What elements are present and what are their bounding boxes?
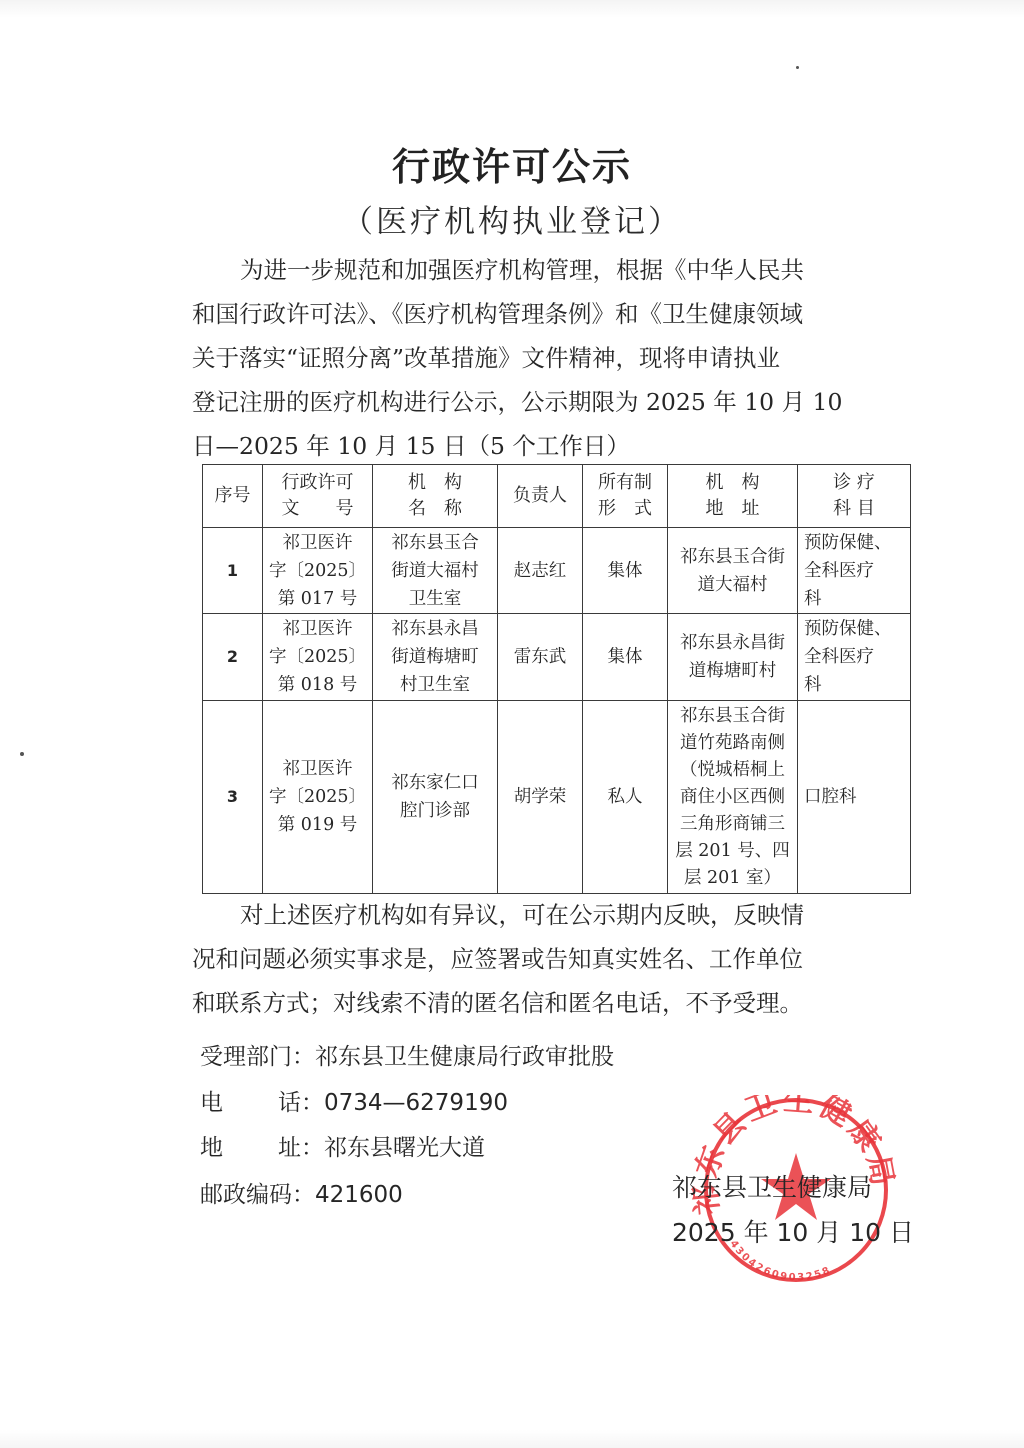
intro-line: 日—2025 年 10 月 15 日（5 个工作日）	[192, 424, 914, 468]
cell-name: 祁东县玉合街道大福村卫生室	[373, 528, 498, 614]
cell-permit-no: 祁卫医许字〔2025〕第 019 号	[263, 701, 373, 894]
cell-address: 祁东县玉合街道大福村	[668, 528, 798, 614]
objection-line: 况和问题必须实事求是，应签署或告知真实姓名、工作单位	[192, 937, 914, 981]
header-address: 机 构地 址	[668, 465, 798, 528]
document-subtitle: （医疗机构执业登记）	[0, 196, 1024, 241]
address-label: 址：	[278, 1129, 324, 1162]
table-row: 2 祁卫医许字〔2025〕第 018 号 祁东县永昌街道梅塘町村卫生室 雷东武 …	[203, 614, 911, 701]
objection-line: 和联系方式；对线索不清的匿名信和匿名电话，不予受理。	[192, 981, 914, 1025]
department-label: 受理部门：	[200, 1038, 315, 1071]
header-permit-no: 行政许可文 号	[263, 465, 373, 528]
scan-speck	[20, 752, 24, 756]
document-title: 行政许可公示	[0, 136, 1024, 191]
intro-line: 登记注册的医疗机构进行公示，公示期限为 2025 年 10 月 10	[192, 380, 914, 424]
cell-name: 祁东家仁口腔门诊部	[373, 701, 498, 894]
intro-line: 和国行政许可法》、《医疗机构管理条例》和《卫生健康领域	[192, 292, 914, 336]
contact-address: 地址：祁东县曙光大道	[200, 1129, 485, 1162]
cell-departments: 预防保健、全科医疗科	[798, 614, 911, 701]
department-value: 祁东县卫生健康局行政审批股	[315, 1044, 614, 1070]
table-row: 3 祁卫医许字〔2025〕第 019 号 祁东家仁口腔门诊部 胡学荣 私人 祁东…	[203, 701, 911, 894]
cell-address: 祁东县玉合街道竹苑路南侧（悦城梧桐上商住小区西侧三角形商铺三层 201 号、四层…	[668, 701, 798, 894]
postcode-label: 邮政编码：	[200, 1176, 315, 1209]
permits-table: 序号 行政许可文 号 机 构名 称 负责人 所有制形 式 机 构地 址 诊 疗科…	[202, 464, 911, 894]
cell-person: 胡学荣	[498, 701, 583, 894]
signature-organization: 祁东县卫生健康局	[672, 1168, 872, 1204]
cell-name: 祁东县永昌街道梅塘町村卫生室	[373, 614, 498, 701]
cell-person: 雷东武	[498, 614, 583, 701]
header-seq: 序号	[203, 465, 263, 528]
header-name: 机 构名 称	[373, 465, 498, 528]
header-departments: 诊 疗科 目	[798, 465, 911, 528]
cell-seq: 2	[203, 614, 263, 701]
cell-seq: 3	[203, 701, 263, 894]
intro-line: 为进一步规范和加强医疗机构管理，根据《中华人民共	[192, 248, 914, 292]
header-person: 负责人	[498, 465, 583, 528]
scan-speck	[796, 66, 799, 69]
cell-departments: 口腔科	[798, 701, 911, 894]
cell-ownership: 私人	[583, 701, 668, 894]
address-value: 祁东县曙光大道	[324, 1135, 485, 1161]
cell-address: 祁东县永昌街道梅塘町村	[668, 614, 798, 701]
intro-paragraph: 为进一步规范和加强医疗机构管理，根据《中华人民共 和国行政许可法》、《医疗机构管…	[192, 248, 914, 468]
cell-departments: 预防保健、全科医疗科	[798, 528, 911, 614]
cell-permit-no: 祁卫医许字〔2025〕第 017 号	[263, 528, 373, 614]
table-row: 1 祁卫医许字〔2025〕第 017 号 祁东县玉合街道大福村卫生室 赵志红 集…	[203, 528, 911, 614]
objection-line: 对上述医疗机构如有异议，可在公示期内反映，反映情	[192, 893, 914, 937]
contact-postcode: 邮政编码：421600	[200, 1176, 403, 1209]
cell-ownership: 集体	[583, 614, 668, 701]
intro-line: 关于落实“证照分离”改革措施》文件精神，现将申请执业	[192, 336, 914, 380]
address-label: 地	[200, 1129, 278, 1162]
contact-phone: 电话：0734—6279190	[200, 1084, 508, 1117]
table-header-row: 序号 行政许可文 号 机 构名 称 负责人 所有制形 式 机 构地 址 诊 疗科…	[203, 465, 911, 528]
header-ownership: 所有制形 式	[583, 465, 668, 528]
cell-person: 赵志红	[498, 528, 583, 614]
cell-ownership: 集体	[583, 528, 668, 614]
phone-label: 电	[200, 1084, 278, 1117]
postcode-value: 421600	[315, 1182, 403, 1208]
phone-label: 话：	[278, 1084, 324, 1117]
phone-value: 0734—6279190	[324, 1090, 508, 1116]
signature-date: 2025 年 10 月 10 日	[672, 1213, 914, 1249]
cell-permit-no: 祁卫医许字〔2025〕第 018 号	[263, 614, 373, 701]
objection-paragraph: 对上述医疗机构如有异议，可在公示期内反映，反映情 况和问题必须实事求是，应签署或…	[192, 893, 914, 1025]
contact-department: 受理部门：祁东县卫生健康局行政审批股	[200, 1038, 614, 1071]
cell-seq: 1	[203, 528, 263, 614]
